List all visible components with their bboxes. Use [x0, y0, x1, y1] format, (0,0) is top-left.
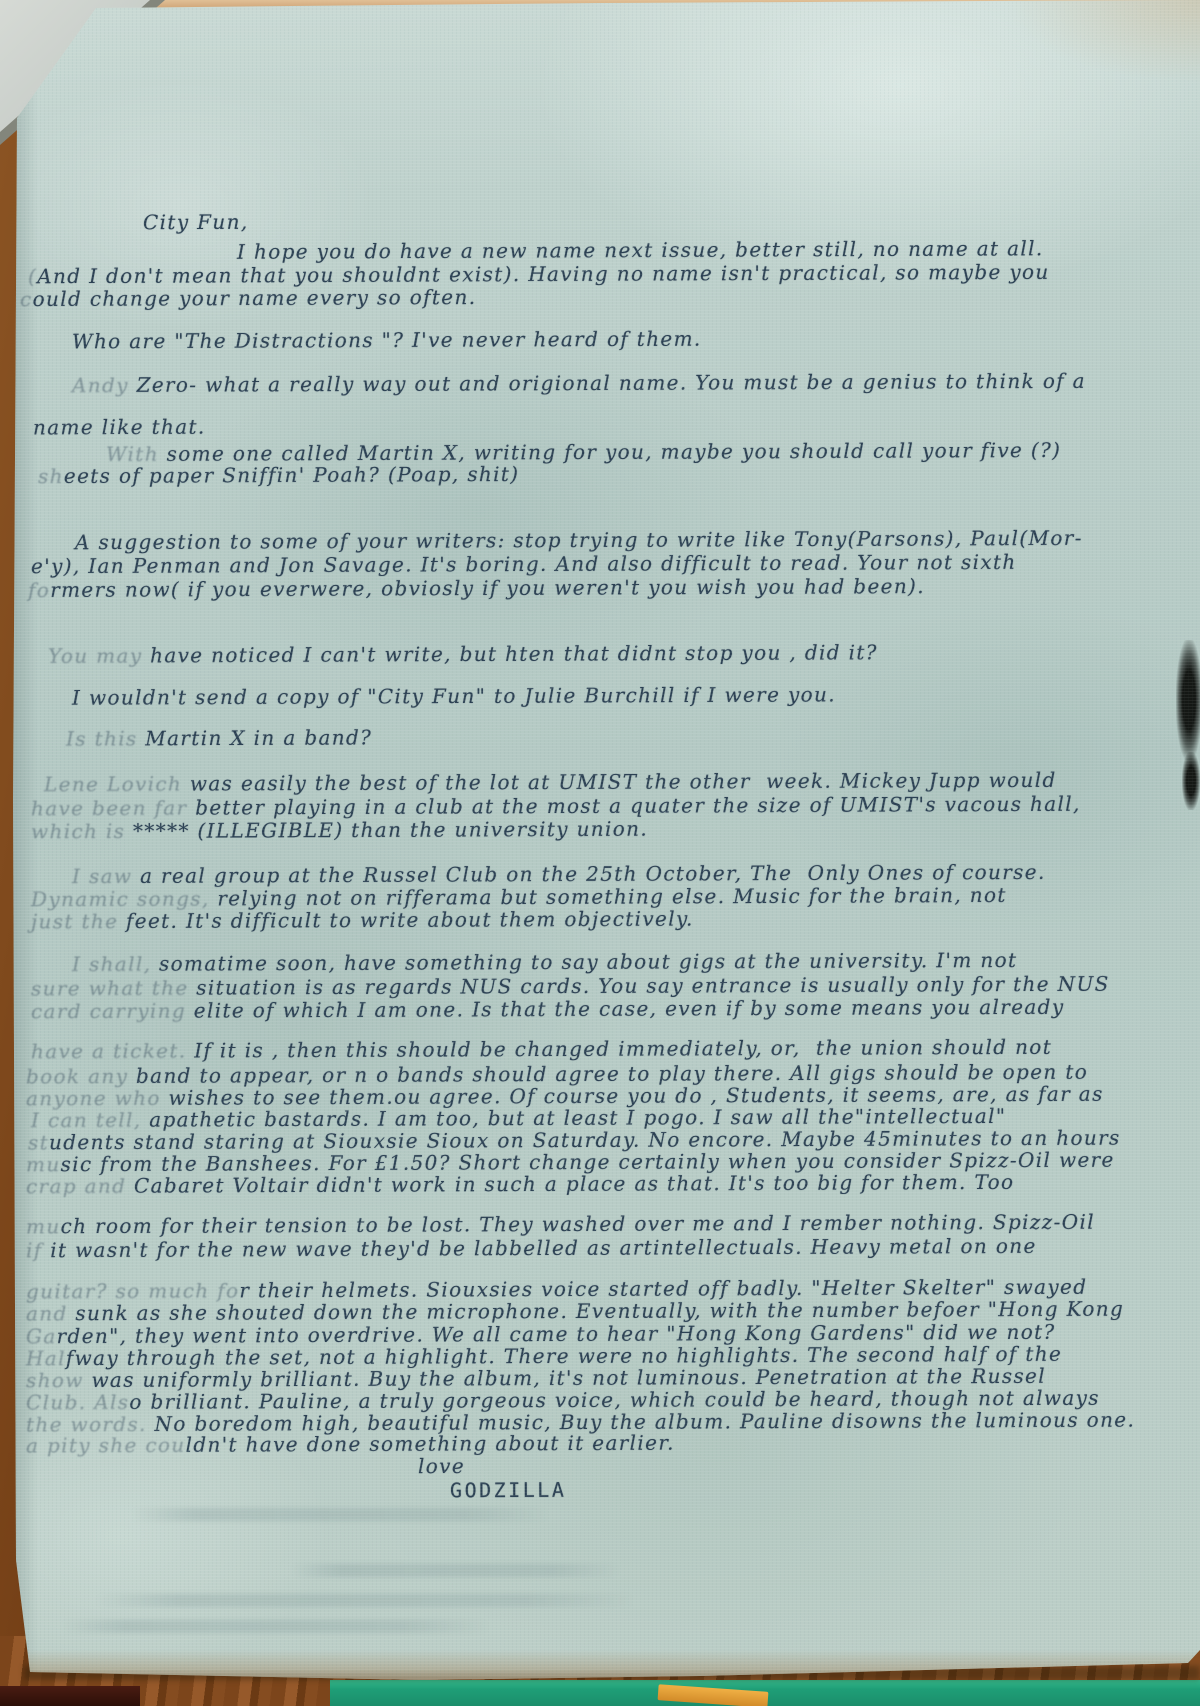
text-line: just the feet. It's difficult to write a… — [31, 907, 694, 934]
scanned-letter-page: City Fun,I hope you do have a new name n… — [0, 0, 1200, 1706]
text-line: which is ***** (ILLEGIBLE) than the univ… — [31, 817, 648, 844]
letter-paper: City Fun,I hope you do have a new name n… — [0, 0, 1200, 1706]
text-line: I wouldn't send a copy of "City Fun" to … — [72, 682, 836, 709]
text-line: City Fun, — [143, 210, 249, 234]
text-line: (And I don't mean that you shouldnt exis… — [28, 260, 1050, 288]
text-line: With some one called Martin X, writing f… — [106, 438, 1061, 466]
text-line: name like that. — [33, 415, 206, 440]
text-line: crap and Cabaret Voltair didn't work in … — [26, 1170, 1014, 1198]
text-line: Who are "The Distractions "? I've never … — [72, 327, 702, 354]
text-line: Andy Zero- what a really way out and ori… — [72, 369, 1086, 397]
text-line: have been far better playing in a club a… — [31, 792, 1081, 821]
text-line: Is this Martin X in a band? — [66, 725, 372, 750]
text-line: sheets of paper Sniffin' Poah? (Poap, sh… — [38, 462, 520, 488]
text-line: You may have noticed I can't write, but … — [48, 640, 878, 668]
text-line: formers now( if you everwere, obviosly i… — [28, 574, 925, 602]
text-line: could change your name every so often. — [20, 285, 476, 311]
text-line: if it wasn't for the new wave they'd be … — [26, 1234, 1037, 1262]
letter-body: City Fun,I hope you do have a new name n… — [0, 0, 1200, 1706]
table-shadow-corner — [0, 1686, 140, 1706]
text-line: have a ticket. If it is , then this shou… — [31, 1035, 1052, 1063]
text-line: love — [418, 1454, 465, 1478]
text-line: GODZILLA — [450, 1478, 566, 1503]
text-line: card carrying elite of which I am one. I… — [31, 995, 1065, 1024]
text-line: a pity she couldn't have done something … — [26, 1431, 675, 1458]
